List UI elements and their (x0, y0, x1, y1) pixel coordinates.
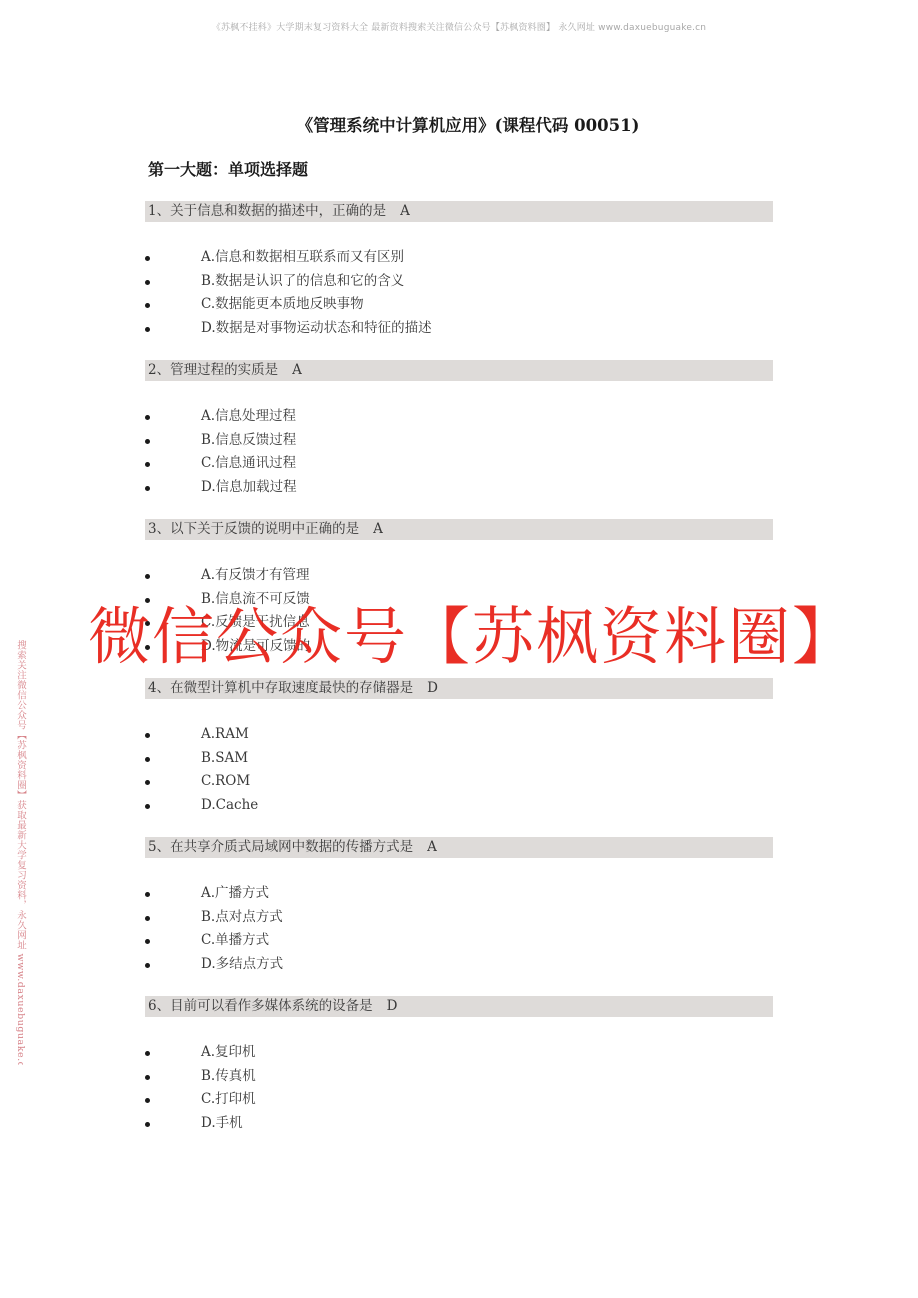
option-text: D.手机 (201, 1115, 243, 1131)
side-watermark: 搜索关注微信公众号【苏枫资料圈】获取最新大学复习资料，永久网址 www.daxu… (13, 640, 27, 1065)
option-b: B.数据是认识了的信息和它的含义 (145, 270, 773, 294)
bullet-icon (145, 621, 150, 626)
option-a: A.广播方式 (145, 882, 773, 906)
option-text: C.反馈是干扰信息 (201, 614, 310, 630)
header-banner: 《苏枫不挂科》大学期末复习资料大全 最新资料搜索关注微信公众号【苏枫资料圈】 永… (0, 20, 918, 33)
bullet-icon (145, 415, 150, 420)
question-stem: 1、关于信息和数据的描述中，正确的是A (145, 201, 773, 222)
option-b: B.SAM (145, 747, 773, 771)
option-text: D.多结点方式 (201, 956, 283, 972)
question-stem: 3、以下关于反馈的说明中正确的是A (145, 519, 773, 540)
question-text: 1、关于信息和数据的描述中，正确的是 (148, 203, 386, 219)
option-list: A.广播方式 B.点对点方式 C.单播方式 D.多结点方式 (145, 882, 773, 976)
option-list: A.有反馈才有管理 B.信息流不可反馈 C.反馈是干扰信息 D.物流是可反馈的 (145, 564, 773, 658)
bullet-icon (145, 939, 150, 944)
question-5: 5、在共享介质式局域网中数据的传播方式是A A.广播方式 B.点对点方式 C.单… (145, 837, 773, 976)
option-c: C.信息通讯过程 (145, 452, 773, 476)
question-2: 2、管理过程的实质是A A.信息处理过程 B.信息反馈过程 C.信息通讯过程 D… (145, 360, 773, 499)
option-text: B.信息反馈过程 (201, 432, 296, 448)
option-text: B.点对点方式 (201, 909, 283, 925)
document-title: 《管理系统中计算机应用》(课程代码 00051) (0, 112, 918, 136)
option-c: C.ROM (145, 770, 773, 794)
bullet-icon (145, 1098, 150, 1103)
option-c: C.反馈是干扰信息 (145, 611, 773, 635)
bullet-icon (145, 486, 150, 491)
bullet-icon (145, 439, 150, 444)
question-text: 4、在微型计算机中存取速度最快的存储器是 (148, 680, 413, 696)
option-b: B.点对点方式 (145, 906, 773, 930)
option-text: A.有反馈才有管理 (201, 567, 310, 583)
question-text: 5、在共享介质式局域网中数据的传播方式是 (148, 839, 413, 855)
question-text: 2、管理过程的实质是 (148, 362, 278, 378)
option-text: C.单播方式 (201, 932, 269, 948)
question-answer: A (427, 839, 437, 855)
bullet-icon (145, 780, 150, 785)
bullet-icon (145, 733, 150, 738)
header-banner-text: 《苏枫不挂科》大学期末复习资料大全 最新资料搜索关注微信公众号【苏枫资料圈】 永… (212, 20, 706, 33)
option-text: A.复印机 (201, 1044, 256, 1060)
option-text: C.ROM (201, 773, 250, 789)
question-answer: A (292, 362, 302, 378)
option-text: C.数据能更本质地反映事物 (201, 296, 364, 312)
option-b: B.信息反馈过程 (145, 429, 773, 453)
option-d: D.数据是对事物运动状态和特征的描述 (145, 317, 773, 341)
option-text: D.数据是对事物运动状态和特征的描述 (201, 320, 432, 336)
option-c: C.数据能更本质地反映事物 (145, 293, 773, 317)
bullet-icon (145, 1122, 150, 1127)
question-stem: 6、目前可以看作多媒体系统的设备是D (145, 996, 773, 1017)
option-text: D.物流是可反馈的 (201, 638, 310, 654)
option-text: C.信息通讯过程 (201, 455, 296, 471)
question-1: 1、关于信息和数据的描述中，正确的是A A.信息和数据相互联系而又有区别 B.数… (145, 201, 773, 340)
option-text: A.RAM (201, 726, 249, 742)
bullet-icon (145, 462, 150, 467)
option-c: C.单播方式 (145, 929, 773, 953)
bullet-icon (145, 804, 150, 809)
option-text: C.打印机 (201, 1091, 256, 1107)
option-text: B.SAM (201, 750, 248, 766)
option-text: A.信息和数据相互联系而又有区别 (201, 249, 404, 265)
bullet-icon (145, 1051, 150, 1056)
bullet-icon (145, 963, 150, 968)
option-b: B.传真机 (145, 1065, 773, 1089)
bullet-icon (145, 645, 150, 650)
option-text: D.Cache (201, 797, 258, 813)
option-d: D.多结点方式 (145, 953, 773, 977)
bullet-icon (145, 327, 150, 332)
section-title: 第一大题：单项选择题 (148, 157, 308, 180)
bullet-icon (145, 280, 150, 285)
option-list: A.信息和数据相互联系而又有区别 B.数据是认识了的信息和它的含义 C.数据能更… (145, 246, 773, 340)
question-answer: A (373, 521, 383, 537)
option-a: A.信息和数据相互联系而又有区别 (145, 246, 773, 270)
option-a: A.RAM (145, 723, 773, 747)
option-list: A.RAM B.SAM C.ROM D.Cache (145, 723, 773, 817)
bullet-icon (145, 303, 150, 308)
option-text: B.信息流不可反馈 (201, 591, 310, 607)
bullet-icon (145, 256, 150, 261)
question-text: 3、以下关于反馈的说明中正确的是 (148, 521, 359, 537)
question-stem: 4、在微型计算机中存取速度最快的存储器是D (145, 678, 773, 699)
option-text: A.广播方式 (201, 885, 269, 901)
option-d: D.手机 (145, 1112, 773, 1136)
option-a: A.信息处理过程 (145, 405, 773, 429)
question-3: 3、以下关于反馈的说明中正确的是A A.有反馈才有管理 B.信息流不可反馈 C.… (145, 519, 773, 658)
option-a: A.复印机 (145, 1041, 773, 1065)
option-a: A.有反馈才有管理 (145, 564, 773, 588)
bullet-icon (145, 892, 150, 897)
question-text: 6、目前可以看作多媒体系统的设备是 (148, 998, 373, 1014)
bullet-icon (145, 574, 150, 579)
option-list: A.复印机 B.传真机 C.打印机 D.手机 (145, 1041, 773, 1135)
option-text: A.信息处理过程 (201, 408, 296, 424)
option-d: D.物流是可反馈的 (145, 635, 773, 659)
question-answer: D (427, 680, 438, 696)
option-b: B.信息流不可反馈 (145, 588, 773, 612)
question-6: 6、目前可以看作多媒体系统的设备是D A.复印机 B.传真机 C.打印机 D.手… (145, 996, 773, 1135)
bullet-icon (145, 757, 150, 762)
option-text: B.传真机 (201, 1068, 256, 1084)
bullet-icon (145, 1075, 150, 1080)
question-4: 4、在微型计算机中存取速度最快的存储器是D A.RAM B.SAM C.ROM … (145, 678, 773, 817)
question-answer: D (387, 998, 398, 1014)
option-text: D.信息加载过程 (201, 479, 297, 495)
bullet-icon (145, 916, 150, 921)
option-d: D.Cache (145, 794, 773, 818)
option-list: A.信息处理过程 B.信息反馈过程 C.信息通讯过程 D.信息加载过程 (145, 405, 773, 499)
bullet-icon (145, 598, 150, 603)
question-stem: 2、管理过程的实质是A (145, 360, 773, 381)
option-text: B.数据是认识了的信息和它的含义 (201, 273, 404, 289)
option-d: D.信息加载过程 (145, 476, 773, 500)
question-answer: A (400, 203, 410, 219)
option-c: C.打印机 (145, 1088, 773, 1112)
question-stem: 5、在共享介质式局域网中数据的传播方式是A (145, 837, 773, 858)
